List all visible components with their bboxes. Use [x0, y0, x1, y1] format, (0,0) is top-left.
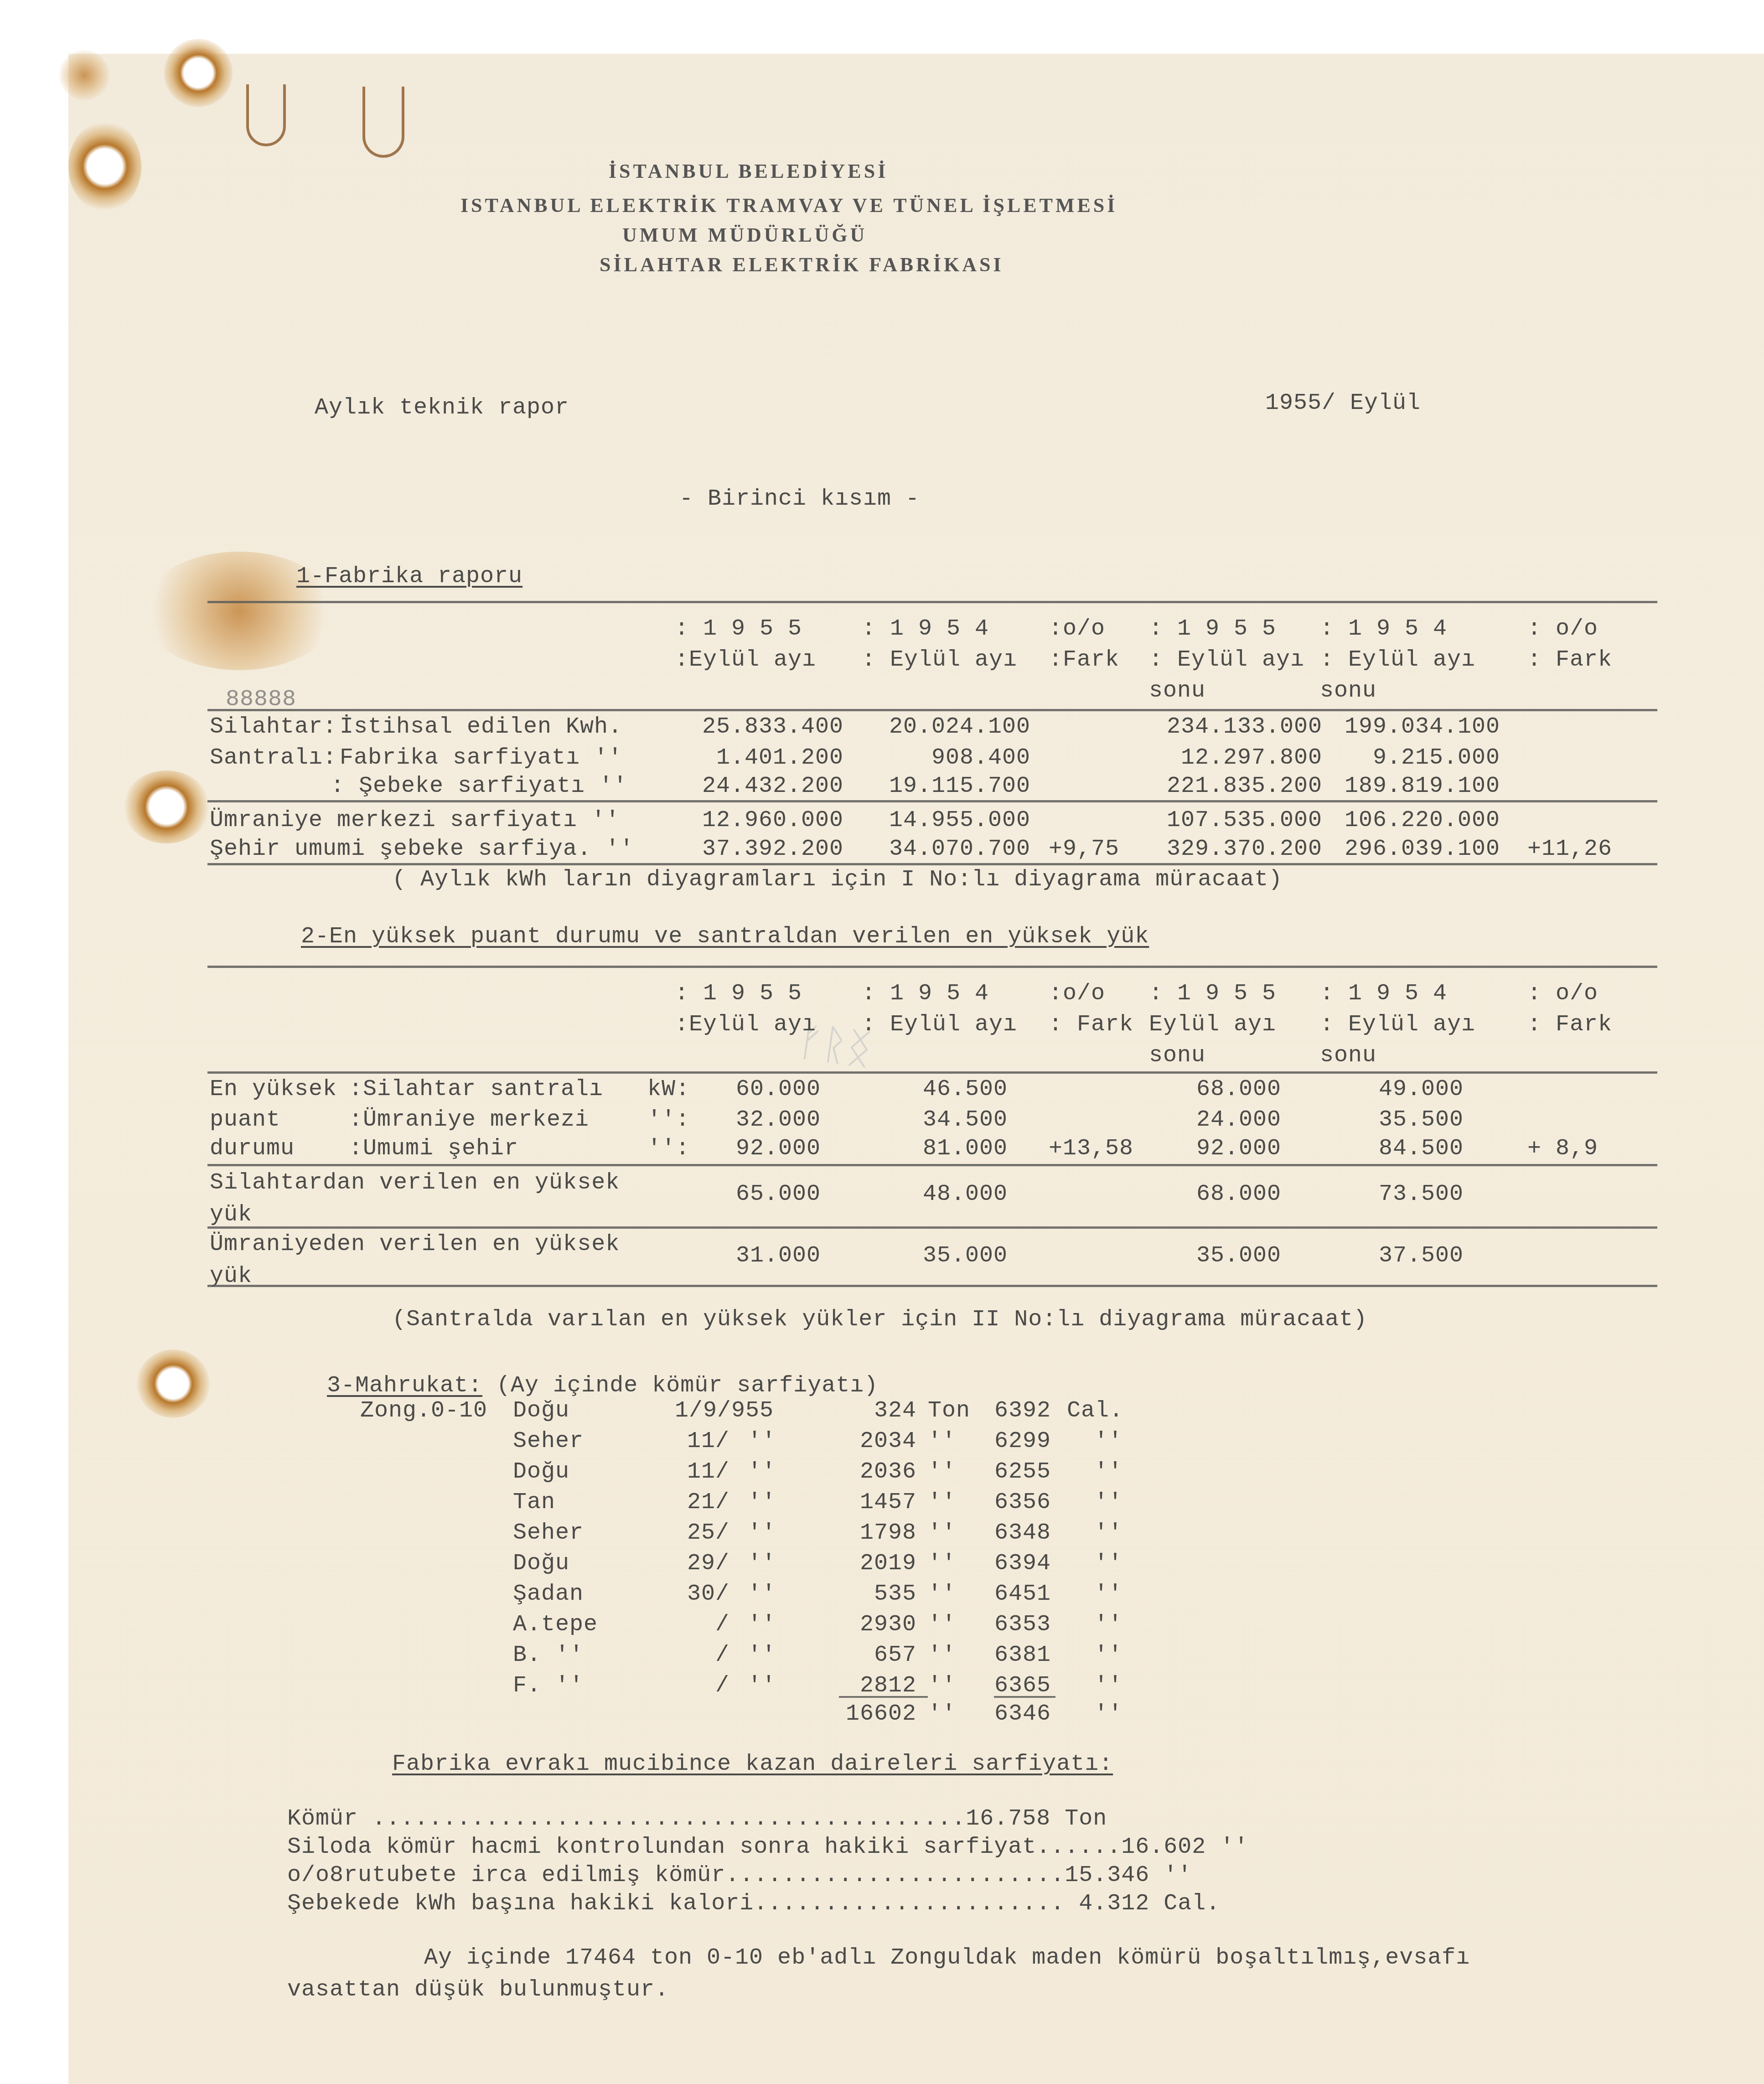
section2-heading: 2-En yüksek puant durumu ve santraldan v…	[301, 926, 1149, 948]
column-header: Eylül ayı	[1149, 1014, 1276, 1036]
ship-name: Seher	[513, 1522, 584, 1545]
value-1954-month: 48.000	[862, 1183, 1008, 1206]
value-diff-month: +9,75	[1049, 838, 1119, 861]
column-header: :o/o	[1049, 618, 1105, 641]
section2-top-rule	[207, 966, 1657, 968]
boiler-heading: Fabrika evrakı mucibince kazan daireleri…	[392, 1753, 1113, 1776]
row-group: Santralı:	[210, 747, 337, 770]
ship-name: Şadan	[513, 1583, 584, 1606]
boiler-line-dots: ........................................…	[372, 1806, 966, 1832]
value-1955-month: 31.000	[675, 1245, 821, 1267]
delivery-date: 30/	[675, 1583, 729, 1606]
report-title: Aylık teknik rapor	[315, 397, 569, 419]
calorific-value: 6381	[994, 1644, 1051, 1667]
tons: 535	[839, 1583, 916, 1606]
column-header: : Fark	[1527, 649, 1612, 672]
column-header: : Fark	[1527, 1014, 1612, 1036]
column-header: : 1 9 5 4	[862, 983, 989, 1005]
row-label: Silahtardan verilen en yüksek yük	[210, 1167, 657, 1231]
boiler-line-dots: ......	[1036, 1834, 1121, 1860]
value-diff-cumulative: + 8,9	[1527, 1138, 1598, 1160]
column-header: sonu	[1320, 1045, 1376, 1067]
column-header: : Eylül ayı	[1320, 1014, 1475, 1036]
boiler-line-value: 4.312 Cal.	[1079, 1891, 1220, 1917]
value-1954-cumulative: 73.500	[1318, 1183, 1464, 1206]
tons-unit: ''	[928, 1552, 956, 1575]
boiler-line-value: 16.758 Ton	[966, 1806, 1107, 1832]
calorific-value: 6356	[994, 1491, 1051, 1514]
column-header: : Eylül ayı	[1320, 649, 1475, 672]
row-label: :Umumi şehir	[349, 1138, 518, 1160]
value-1955-cumulative: 234.133.000	[1140, 716, 1322, 739]
delivery-date: /	[675, 1644, 729, 1667]
column-header: sonu	[1320, 680, 1376, 703]
calorific-value: 6365	[994, 1675, 1051, 1697]
calorific-value: 6348	[994, 1522, 1051, 1545]
value-1954-month: 35.000	[862, 1245, 1008, 1267]
delivery-date: 29/	[675, 1552, 729, 1575]
value-1954-month: 908.400	[862, 747, 1030, 770]
ship-name: B. ''	[513, 1644, 584, 1667]
column-header: : 1 9 5 5	[1149, 983, 1276, 1005]
column-header: : Eylül ayı	[1149, 649, 1304, 672]
delivery-date-ditto: ''	[748, 1461, 776, 1484]
row-group: durumu	[210, 1138, 295, 1160]
ship-name: Doğu	[513, 1552, 569, 1575]
column-header: sonu	[1149, 1045, 1205, 1067]
cal-unit: ''	[1094, 1675, 1123, 1697]
value-1955-month: 65.000	[675, 1183, 821, 1206]
tons-total-unit: ''	[928, 1703, 956, 1726]
cal-total: 6346	[994, 1703, 1051, 1726]
delivery-date: 11/	[675, 1461, 729, 1484]
calorific-value: 6353	[994, 1613, 1051, 1636]
value-1955-month: 37.392.200	[675, 838, 843, 861]
tons: 1798	[839, 1522, 916, 1545]
section1-bottom-rule	[207, 863, 1657, 865]
tons: 2036	[839, 1461, 916, 1484]
column-header: : 1 9 5 5	[675, 618, 802, 641]
coal-type: Zong.0-10	[360, 1400, 487, 1422]
tons: 657	[839, 1644, 916, 1667]
ship-name: Doğu	[513, 1461, 569, 1484]
closing-line1: Ay içinde 17464 ton 0-10 eb'adlı Zonguld…	[424, 1947, 1470, 1970]
ship-name: Tan	[513, 1491, 555, 1514]
value-diff-month: +13,58	[1049, 1138, 1133, 1160]
row-label: : Şebeke sarfiyatı ''	[331, 775, 627, 798]
value-1955-month: 24.432.200	[675, 775, 843, 798]
tons: 1457	[839, 1491, 916, 1514]
row-group: En yüksek	[210, 1078, 337, 1101]
ship-name: F. ''	[513, 1675, 584, 1697]
value-1954-month: 34.070.700	[862, 838, 1030, 861]
value-1955-cumulative: 221.835.200	[1140, 775, 1322, 798]
boiler-line-value: 16.602 ''	[1121, 1834, 1248, 1860]
value-1954-cumulative: 49.000	[1318, 1078, 1464, 1101]
tons-unit: ''	[928, 1675, 956, 1697]
cal-unit: ''	[1094, 1583, 1123, 1606]
row-label: Ümraniye merkezi sarfiyatı ''	[210, 809, 620, 832]
boiler-line-value: 15.346 ''	[1065, 1862, 1192, 1888]
column-header: :Eylül ayı	[675, 649, 816, 672]
cal-unit: ''	[1094, 1552, 1123, 1575]
section1-heading: 1-Fabrika raporu	[296, 565, 522, 588]
value-1954-month: 14.955.000	[862, 809, 1030, 832]
row-label: :Ümraniye merkezi	[349, 1109, 589, 1132]
tons-unit: ''	[928, 1613, 956, 1636]
tons-unit: ''	[928, 1430, 956, 1453]
section3-heading: 3-Mahrukat:	[327, 1373, 482, 1399]
row-label: Ümraniyeden verilen en yüksek yük	[210, 1229, 657, 1293]
column-header: : o/o	[1527, 983, 1598, 1005]
delivery-date: 25/	[675, 1522, 729, 1545]
delivery-date-ditto: ''	[748, 1430, 776, 1453]
section2-header-rule	[207, 1071, 1657, 1074]
staple-mark-2	[362, 87, 404, 158]
column-header: : Eylül ayı	[862, 649, 1017, 672]
boiler-line: Kömür ..................................…	[287, 1808, 1107, 1831]
boiler-line-label: Siloda kömür hacmi kontrolundan sonra ha…	[287, 1834, 1036, 1860]
column-header: : 1 9 5 4	[1320, 983, 1447, 1005]
tons-unit: ''	[928, 1522, 956, 1545]
section2-rule-b	[207, 1226, 1657, 1229]
tons-unit: ''	[928, 1491, 956, 1514]
section2-bottom-rule	[207, 1285, 1657, 1287]
burn-hole-middle	[123, 771, 210, 843]
stain-corner	[59, 50, 109, 100]
calorific-value: 6394	[994, 1552, 1051, 1575]
tons-total-rule	[839, 1696, 928, 1698]
part-heading: - Birinci kısım -	[679, 488, 920, 511]
value-1954-cumulative: 84.500	[1318, 1138, 1464, 1160]
section3-subheading: (Ay içinde kömür sarfiyatı)	[497, 1373, 878, 1399]
tons: 2034	[839, 1430, 916, 1453]
value-1955-month: 32.000	[675, 1109, 821, 1132]
tons: 324	[839, 1400, 916, 1422]
boiler-line: o/o8rutubete irca edilmiş kömür.........…	[287, 1864, 1192, 1887]
row-label: Fabrika sarfiyatı ''	[340, 747, 622, 770]
value-diff-cumulative: +11,26	[1527, 838, 1612, 861]
section3-heading-wrap: 3-Mahrukat: (Ay içinde kömür sarfiyatı)	[299, 1352, 878, 1397]
cal-unit: ''	[1094, 1522, 1123, 1545]
value-1955-month: 12.960.000	[675, 809, 843, 832]
calorific-value: 6451	[994, 1583, 1051, 1606]
tons-total: 16602	[839, 1703, 916, 1726]
delivery-date: /	[675, 1613, 729, 1636]
value-1954-month: 19.115.700	[862, 775, 1030, 798]
delivery-date-ditto: ''	[748, 1644, 776, 1667]
ship-name: Doğu	[513, 1400, 569, 1422]
cal-unit: ''	[1094, 1613, 1123, 1636]
value-1954-month: 46.500	[862, 1078, 1008, 1101]
cal-total-rule	[994, 1696, 1055, 1698]
column-header: : 1 9 5 5	[675, 983, 802, 1005]
paper-sheet	[68, 54, 1764, 2084]
value-1955-month: 1.401.200	[675, 747, 843, 770]
column-header: sonu	[1149, 680, 1205, 703]
delivery-date: 21/	[675, 1491, 729, 1514]
tons-unit: ''	[928, 1461, 956, 1484]
value-1955-month: 92.000	[675, 1138, 821, 1160]
ship-name: A.tepe	[513, 1613, 598, 1636]
closing-line2: vasattan düşük bulunmuştur.	[287, 1979, 669, 2001]
boiler-line-dots: ........................	[725, 1862, 1065, 1888]
boiler-line: Siloda kömür hacmi kontrolundan sonra ha…	[287, 1836, 1248, 1859]
section1-header-rule	[207, 709, 1657, 711]
tons-unit: ''	[928, 1583, 956, 1606]
cal-unit: ''	[1094, 1491, 1123, 1514]
delivery-date-ditto: ''	[748, 1552, 776, 1575]
tons: 2019	[839, 1552, 916, 1575]
boiler-line-dots: ......................	[754, 1891, 1079, 1917]
delivery-date-ditto: ''	[748, 1613, 776, 1636]
boiler-line-label: Şebekede kWh başına hakiki kalori	[287, 1891, 754, 1917]
cal-unit: Cal.	[1067, 1400, 1123, 1422]
burn-hole-top	[164, 39, 233, 107]
row-group: Silahtar:	[210, 716, 337, 739]
delivery-date-ditto: ''	[748, 1522, 776, 1545]
column-header: : o/o	[1527, 618, 1598, 641]
letterhead-line1: İSTANBUL BELEDİYESİ	[609, 160, 888, 183]
value-1955-cumulative: 12.297.800	[1140, 747, 1322, 770]
value-1954-cumulative: 199.034.100	[1318, 716, 1500, 739]
tons: 2812	[839, 1675, 916, 1697]
tons-unit: Ton	[928, 1400, 970, 1422]
section1-note: ( Aylık kWh ların diyagramları için I No…	[392, 869, 1283, 891]
calorific-value: 6392	[994, 1400, 1051, 1422]
section1-top-rule	[207, 601, 1657, 603]
value-1955-cumulative: 68.000	[1140, 1078, 1281, 1101]
stray-mark: 88888	[226, 688, 296, 711]
delivery-date-ditto: ''	[748, 1491, 776, 1514]
delivery-date: 11/	[675, 1430, 729, 1453]
letterhead-line2: ISTANBUL ELEKTRİK TRAMVAY VE TÜNEL İŞLET…	[460, 194, 1117, 217]
value-1955-cumulative: 35.000	[1140, 1245, 1281, 1267]
value-1954-cumulative: 189.819.100	[1318, 775, 1500, 798]
value-1954-cumulative: 37.500	[1318, 1245, 1464, 1267]
calorific-value: 6255	[994, 1461, 1051, 1484]
cal-total-unit: ''	[1094, 1703, 1123, 1726]
value-1955-cumulative: 24.000	[1140, 1109, 1281, 1132]
row-group: puant	[210, 1109, 280, 1132]
delivery-date: /	[675, 1675, 729, 1697]
letterhead-line3: UMUM MÜDÜRLÜĞÜ	[622, 223, 867, 247]
row-label: İstihsal edilen Kwh.	[340, 716, 622, 739]
value-1955-cumulative: 329.370.200	[1140, 838, 1322, 861]
calorific-value: 6299	[994, 1430, 1051, 1453]
value-1954-cumulative: 9.215.000	[1318, 747, 1500, 770]
column-header: : 1 9 5 5	[1149, 618, 1276, 641]
boiler-line: Şebekede kWh başına hakiki kalori.......…	[287, 1893, 1220, 1915]
section1-mid-rule	[207, 800, 1657, 802]
boiler-line-label: Kömür	[287, 1806, 372, 1832]
value-1955-cumulative: 68.000	[1140, 1183, 1281, 1206]
boiler-line-label: o/o8rutubete irca edilmiş kömür	[287, 1862, 725, 1888]
column-header: : Eylül ayı	[862, 1014, 1017, 1036]
value-1954-cumulative: 296.039.100	[1318, 838, 1500, 861]
cal-unit: ''	[1094, 1644, 1123, 1667]
staple-mark-1	[246, 84, 286, 146]
column-header: : 1 9 5 4	[862, 618, 989, 641]
burn-hole-lower	[137, 1350, 210, 1418]
section2-rule-a	[207, 1164, 1657, 1166]
tons-unit: ''	[928, 1644, 956, 1667]
value-1954-cumulative: 35.500	[1318, 1109, 1464, 1132]
report-period: 1955/ Eylül	[1265, 392, 1421, 415]
cal-unit: ''	[1094, 1430, 1123, 1453]
row-label: :Silahtar santralı	[349, 1078, 603, 1101]
value-1955-cumulative: 92.000	[1140, 1138, 1281, 1160]
burn-hole-left	[68, 121, 141, 212]
value-1954-month: 81.000	[862, 1138, 1008, 1160]
value-1955-month: 60.000	[675, 1078, 821, 1101]
cal-unit: ''	[1094, 1461, 1123, 1484]
letterhead-line4: SİLAHTAR ELEKTRİK FABRİKASI	[600, 253, 1004, 276]
column-header: : Fark	[1049, 1014, 1133, 1036]
value-1955-cumulative: 107.535.000	[1140, 809, 1322, 832]
delivery-date-ditto: ''	[748, 1583, 776, 1606]
column-header: :Eylül ayı	[675, 1014, 816, 1036]
value-1955-month: 25.833.400	[675, 716, 843, 739]
column-header: :o/o	[1049, 983, 1105, 1005]
value-1954-cumulative: 106.220.000	[1318, 809, 1500, 832]
section2-note: (Santralda varılan en yüksek yükler için…	[392, 1308, 1367, 1331]
value-1954-month: 34.500	[862, 1109, 1008, 1132]
row-label: Şehir umumi şebeke sarfiya. ''	[210, 838, 634, 861]
column-header: : 1 9 5 4	[1320, 618, 1447, 641]
ship-name: Seher	[513, 1430, 584, 1453]
column-header: :Fark	[1049, 649, 1119, 672]
delivery-date-ditto: ''	[748, 1675, 776, 1697]
delivery-date: 1/9/955	[675, 1400, 774, 1422]
value-1954-month: 20.024.100	[862, 716, 1030, 739]
tons: 2930	[839, 1613, 916, 1636]
